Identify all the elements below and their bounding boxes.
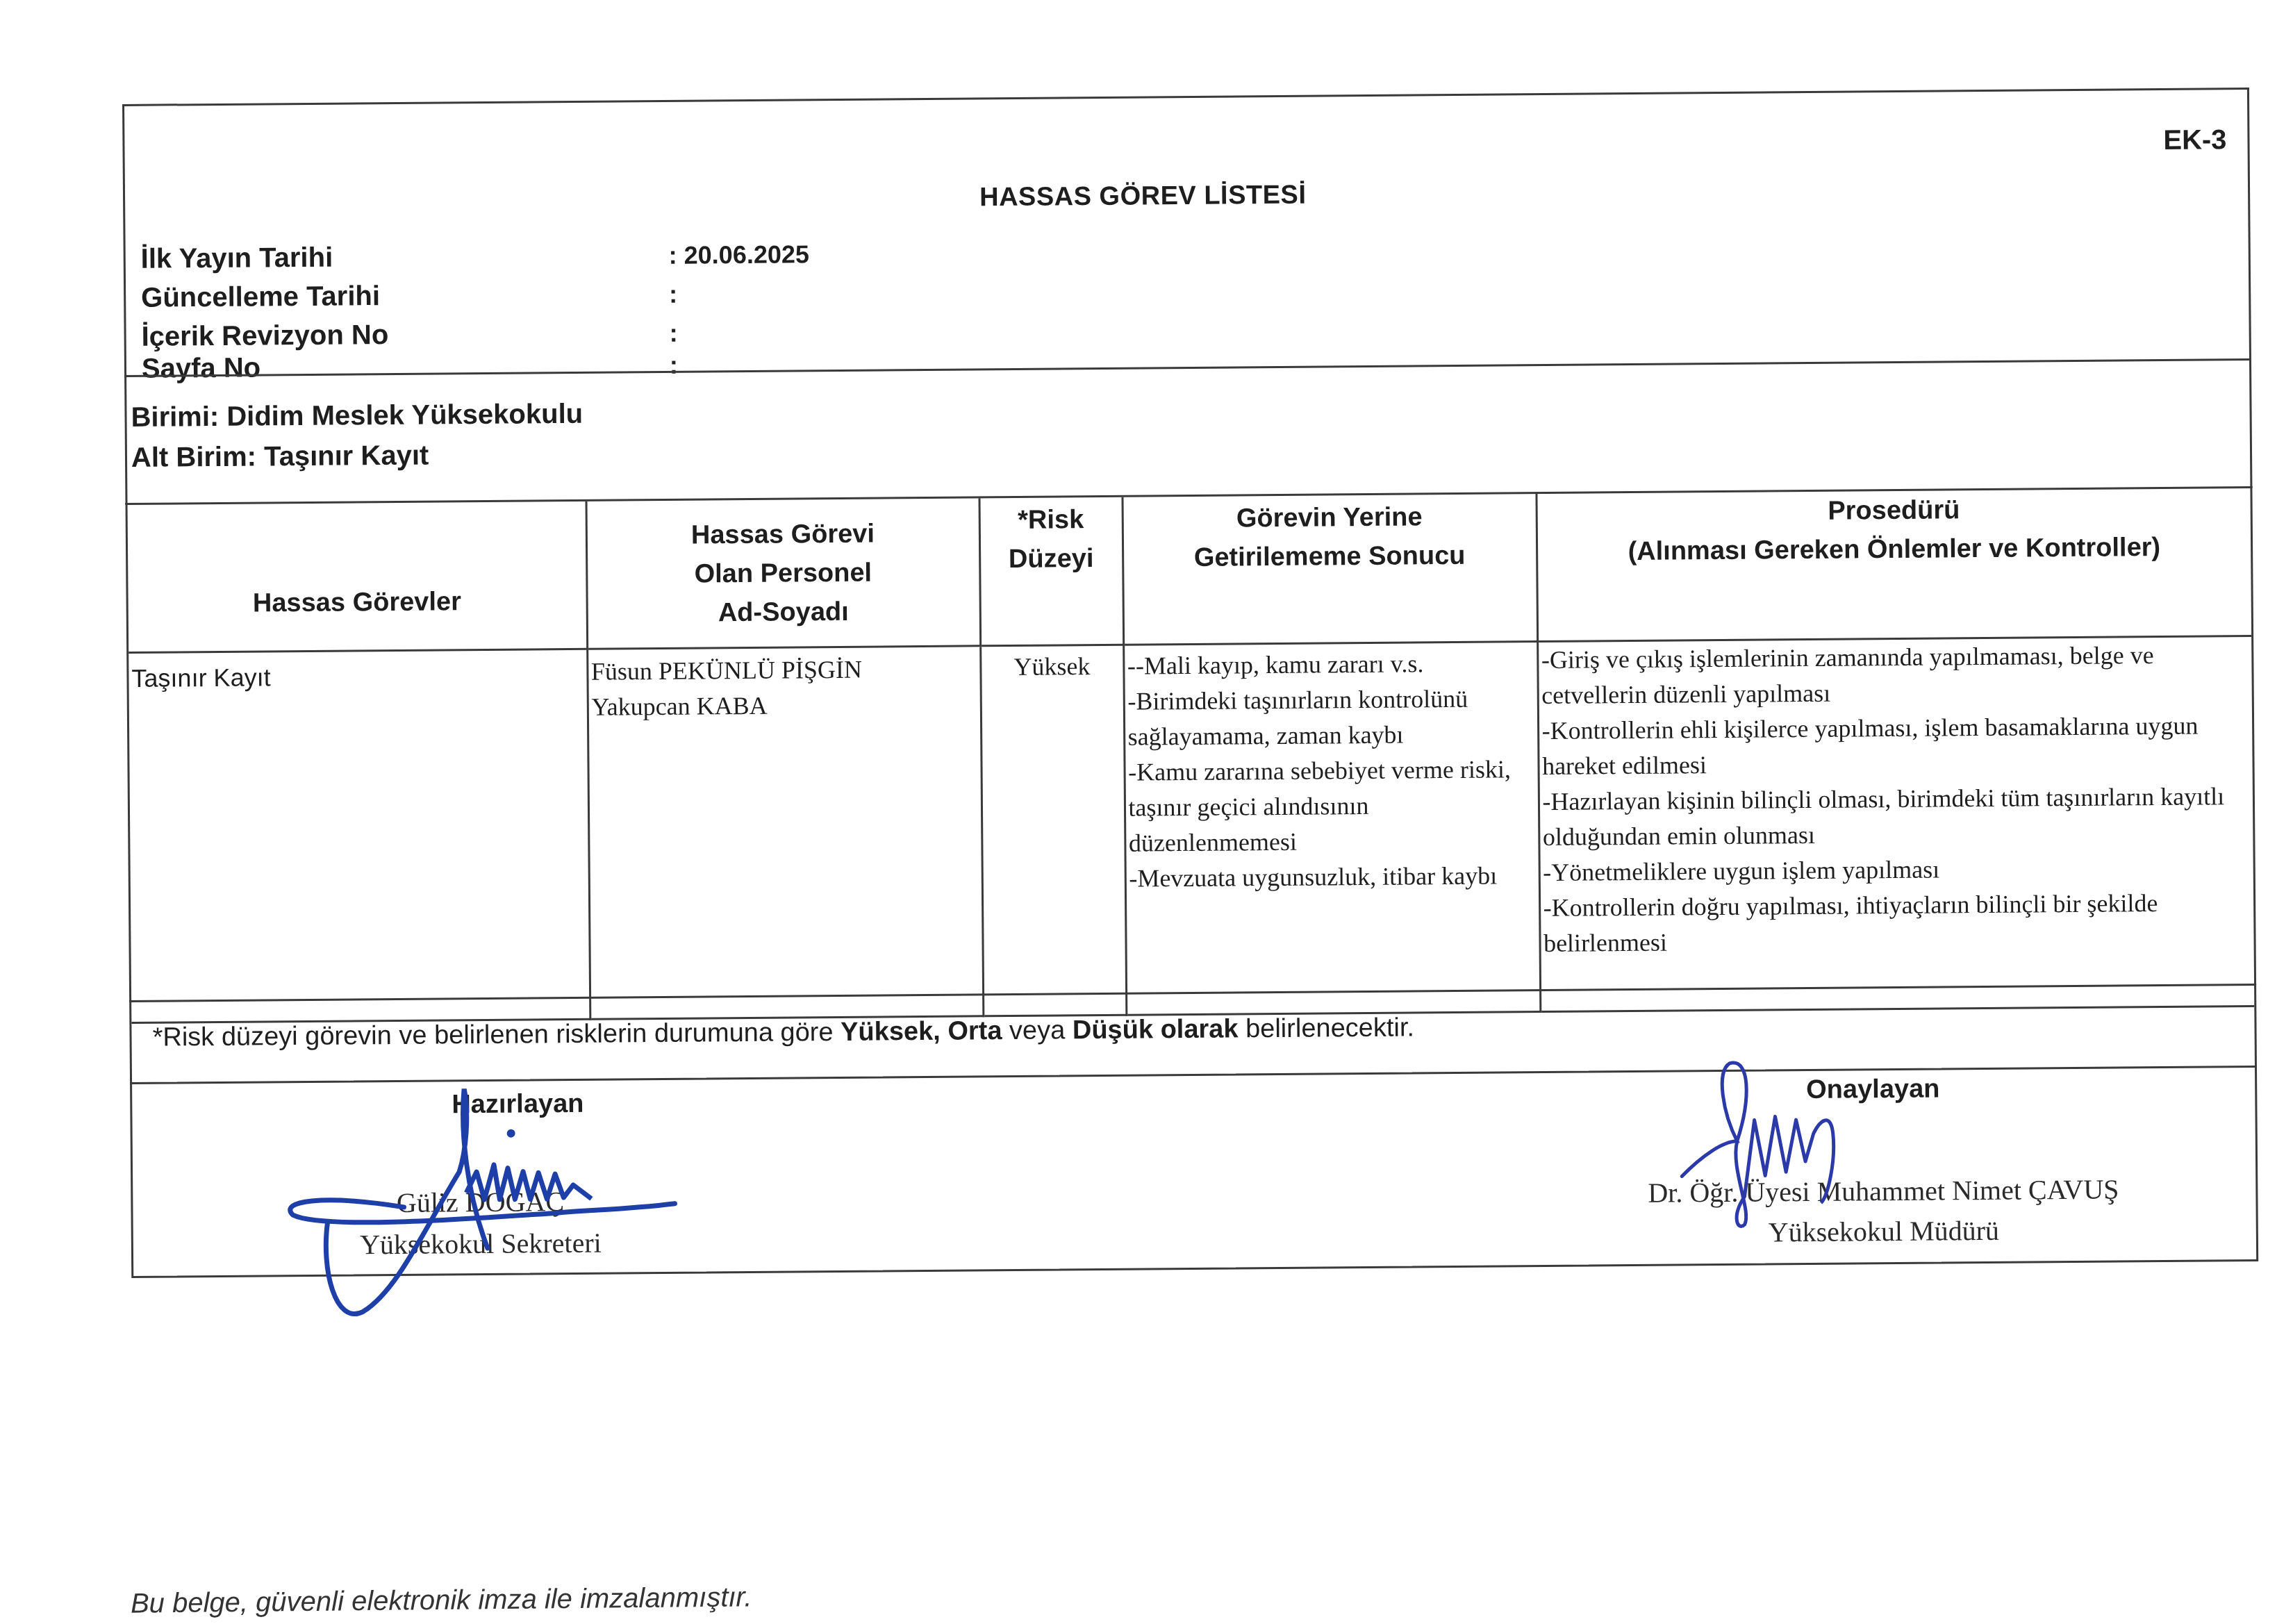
unit-section: Birimi: Didim Meslek Yüksekokulu Alt Bir… — [124, 358, 2252, 504]
annex-label: EK-3 — [2163, 124, 2226, 156]
cell-consequence: --Mali kayıp, kamu zararı v.s. -Birimdek… — [1123, 642, 1540, 1016]
document-title: HASSAS GÖREV LİSTESİ — [979, 181, 1307, 213]
sensitive-task-table: Hassas Görevler Hassas Görevi Olan Perso… — [128, 488, 2255, 1024]
meta-label: İçerik Revizyon No — [141, 317, 669, 353]
header-section: EK-3 HASSAS GÖREV LİSTESİ İlk Yayın Tari… — [122, 88, 2251, 376]
table-row: Taşınır Kayıt Füsun PEKÜNLÜ PİŞGİN Yakup… — [129, 636, 2254, 1022]
cell-risk-level: Yüksek — [980, 645, 1126, 1016]
signature-section: Hazırlayan Güliz DOĞAÇ Yüksekokul Sekret… — [130, 1066, 2258, 1278]
personnel-name: Füsun PEKÜNLÜ PİŞGİN — [591, 651, 977, 689]
sensitive-task-table-section: Hassas Görevler Hassas Görevi Olan Perso… — [126, 486, 2257, 1002]
meta-label: İlk Yayın Tarihi — [141, 240, 669, 275]
table-header-row: Hassas Görevler Hassas Görevi Olan Perso… — [128, 488, 2252, 652]
electronic-signature-note: Bu belge, güvenli elektronik imza ile im… — [131, 1582, 752, 1619]
document-sheet: EK-3 HASSAS GÖREV LİSTESİ İlk Yayın Tari… — [122, 88, 2258, 1278]
approved-by-signature-icon — [1674, 1057, 1926, 1239]
header-procedure: Prosedürü (Alınması Gereken Önlemler ve … — [1536, 488, 2251, 642]
header-tasks: Hassas Görevler — [128, 502, 588, 653]
meta-revision-no: İçerik Revizyon No: — [141, 317, 677, 353]
header-personnel: Hassas Görevi Olan Personel Ad-Soyadı — [586, 498, 981, 649]
sub-unit-name: Alt Birim: Taşınır Kayıt — [131, 440, 429, 474]
cell-procedure: -Giriş ve çıkış işlemlerinin zamanında y… — [1537, 636, 2254, 1011]
header-consequence: Görevin Yerine Getirilememe Sonucu — [1122, 494, 1537, 645]
header-risk-level: *Risk Düzeyi — [979, 497, 1123, 646]
unit-name: Birimi: Didim Meslek Yüksekokulu — [131, 399, 583, 433]
cell-personnel: Füsun PEKÜNLÜ PİŞGİN Yakupcan KABA — [587, 646, 983, 1019]
meta-label: Güncelleme Tarihi — [141, 279, 669, 314]
prepared-by-signature-icon — [278, 1086, 711, 1326]
meta-value: : 20.06.2025 — [669, 240, 809, 270]
meta-value: : — [669, 280, 677, 309]
risk-level-note: *Risk düzeyi görevin ve belirlenen riskl… — [152, 1013, 1414, 1052]
cell-task: Taşınır Kayıt — [129, 649, 590, 1022]
meta-value: : — [669, 319, 677, 348]
personnel-name: Yakupcan KABA — [591, 686, 977, 724]
meta-first-publish-date: İlk Yayın Tarihi: 20.06.2025 — [141, 238, 809, 275]
meta-update-date: Güncelleme Tarihi: — [141, 279, 677, 314]
